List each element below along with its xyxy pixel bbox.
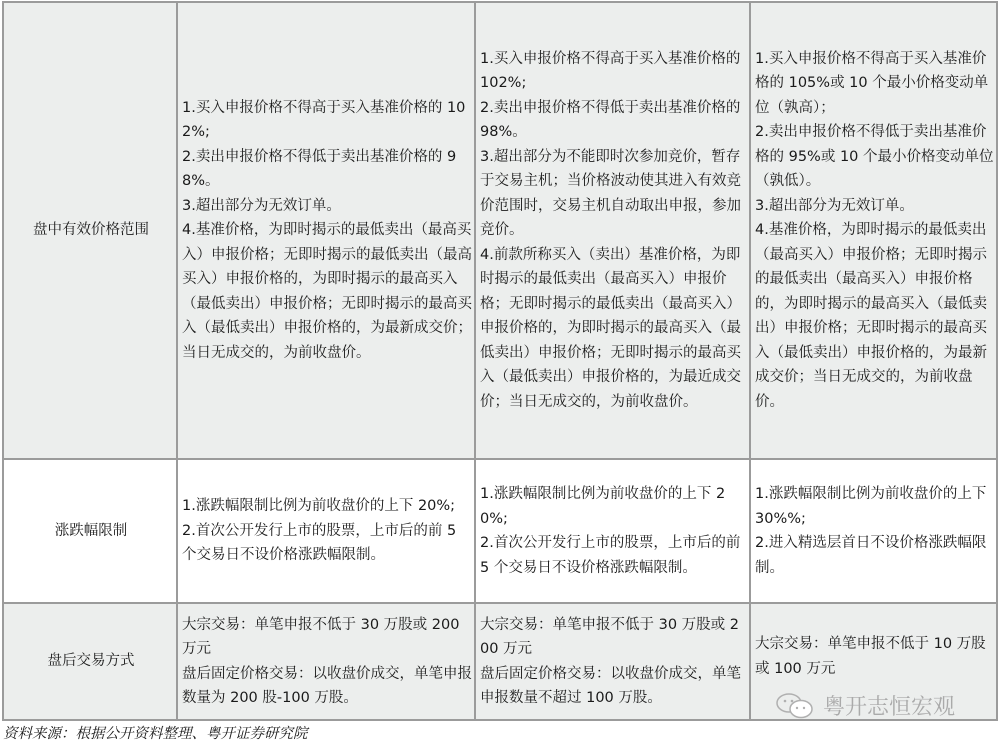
cell-col1: 1.涨跌幅限制比例为前收盘价的上下 20%; 2.首次公开发行上市的股票，上市后… [177,459,475,603]
cell-col1: 1.买入申报价格不得高于买入基准价格的 102%; 2.卖出申报价格不得低于卖出… [177,2,475,459]
rule-text: 3.超出部分为不能即时次参加竞价，暂存于交易主机；当价格波动使其进入有效竞价范围… [480,145,747,243]
rule-text: 1.买入申报价格不得高于买入基准价格的 105%或 10 个最小价格变动单位（孰… [755,47,994,121]
comparison-table: 盘中有效价格范围 1.买入申报价格不得高于买入基准价格的 102%; 2.卖出申… [2,1,998,721]
rule-text: 4.前款所称买入（卖出）基准价格，为即时揭示的最低卖出（最高买入）申报价格；无即… [480,243,747,415]
rule-text: 大宗交易：单笔申报不低于 10 万股或 100 万元 [755,632,994,681]
cell-col2: 1.买入申报价格不得高于买入基准价格的 102%; 2.卖出申报价格不得低于卖出… [475,2,750,459]
rule-text: 1.涨跌幅限制比例为前收盘价的上下 20%; [480,482,747,531]
rule-text: 2.卖出申报价格不得低于卖出基准价格的 98%。 [480,96,747,145]
rule-text: 3.超出部分为无效订单。 [755,194,994,219]
row-intraday-price-range: 盘中有效价格范围 1.买入申报价格不得高于买入基准价格的 102%; 2.卖出申… [3,2,997,459]
watermark: 粤开志恒宏观 [775,690,955,721]
rule-text: 2.卖出申报价格不得低于卖出基准价格的 95%或 10 个最小价格变动单位（孰低… [755,120,994,194]
rule-text: 2.首次公开发行上市的股票，上市后的前 5 个交易日不设价格涨跌幅限制。 [182,519,472,568]
row-label: 盘后交易方式 [3,603,177,720]
row-price-limit: 涨跌幅限制 1.涨跌幅限制比例为前收盘价的上下 20%; 2.首次公开发行上市的… [3,459,997,603]
rule-text: 盘后固定价格交易：以收盘价成交，单笔申报数量为 200 股-100 万股。 [182,662,472,711]
rule-text: 1.买入申报价格不得高于买入基准价格的 102%; [182,96,472,145]
cell-col1: 大宗交易：单笔申报不低于 30 万股或 200 万元 盘后固定价格交易：以收盘价… [177,603,475,720]
rule-text: 大宗交易：单笔申报不低于 30 万股或 200 万元 [480,613,747,662]
row-label: 涨跌幅限制 [3,459,177,603]
cell-col3: 1.买入申报价格不得高于买入基准价格的 105%或 10 个最小价格变动单位（孰… [750,2,997,459]
rule-text: 4.基准价格，为即时揭示的最低卖出（最高买入）申报价格；无即时揭示的最低卖出（最… [182,218,472,365]
rule-text: 1.涨跌幅限制比例为前收盘价的上下 20%; [182,494,472,519]
watermark-text: 粤开志恒宏观 [823,690,955,721]
row-label: 盘中有效价格范围 [3,2,177,459]
cell-col2: 1.涨跌幅限制比例为前收盘价的上下 20%; 2.首次公开发行上市的股票，上市后… [475,459,750,603]
cell-col2: 大宗交易：单笔申报不低于 30 万股或 200 万元 盘后固定价格交易：以收盘价… [475,603,750,720]
rule-text: 大宗交易：单笔申报不低于 30 万股或 200 万元 [182,613,472,662]
rule-text: 2.首次公开发行上市的股票，上市后的前 5 个交易日不设价格涨跌幅限制。 [480,531,747,580]
rule-text: 3.超出部分为无效订单。 [182,194,472,219]
rule-text: 1.涨跌幅限制比例为前收盘价的上下 30%%; [755,482,994,531]
rule-text: 2.进入精选层首日不设价格涨跌幅限制。 [755,531,994,580]
rule-text: 盘后固定价格交易：以收盘价成交，单笔申报数量不超过 100 万股。 [480,662,747,711]
cell-col3: 1.涨跌幅限制比例为前收盘价的上下 30%%; 2.进入精选层首日不设价格涨跌幅… [750,459,997,603]
rule-text: 2.卖出申报价格不得低于卖出基准价格的 98%。 [182,145,472,194]
rule-text: 4.基准价格，为即时揭示的最低卖出（最高买入）申报价格；无即时揭示的最低卖出（最… [755,218,994,414]
source-note: 资料来源：根据公开资料整理、粤开证券研究院 [3,722,308,743]
rule-text: 1.买入申报价格不得高于买入基准价格的 102%; [480,47,747,96]
wechat-icon [775,692,815,720]
